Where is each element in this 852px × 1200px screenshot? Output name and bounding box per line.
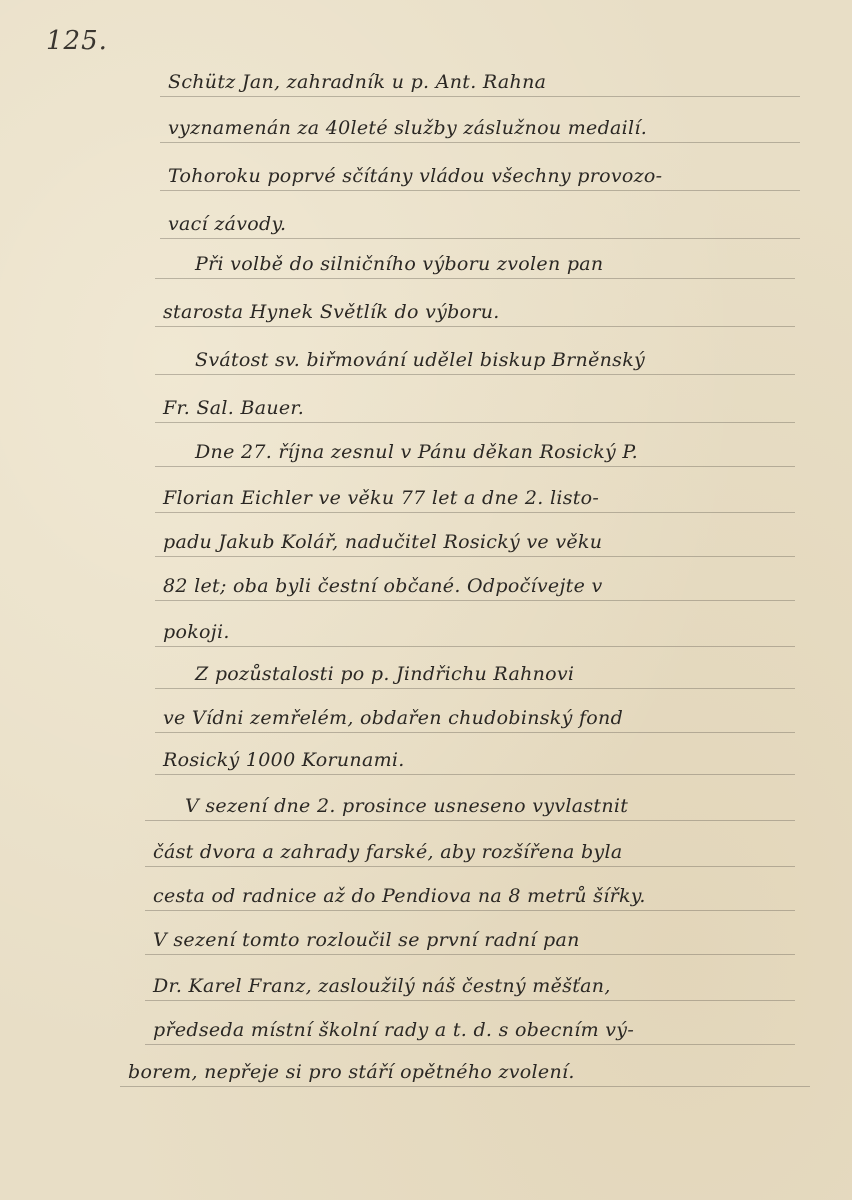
text-line: Florian Eichler ve věku 77 let a dne 2. … xyxy=(155,478,795,513)
line-text: vyznamenán za 40leté služby záslužnou me… xyxy=(168,117,647,139)
text-line: Z pozůstalosti po p. Jindřichu Rahnovi xyxy=(155,654,795,689)
text-line: Dr. Karel Franz, zasloužilý náš čestný m… xyxy=(145,966,795,1001)
line-text: Fr. Sal. Bauer. xyxy=(163,397,304,419)
text-line: Dne 27. října zesnul v Pánu děkan Rosick… xyxy=(155,432,795,467)
line-text: Svátost sv. biřmování udělel biskup Brně… xyxy=(195,349,645,371)
line-text: Schütz Jan, zahradník u p. Ant. Rahna xyxy=(168,71,546,93)
line-text: borem, nepřeje si pro stáří opětného zvo… xyxy=(128,1061,575,1083)
line-text: Tohoroku poprvé sčítány vládou všechny p… xyxy=(168,165,662,187)
line-text: padu Jakub Kolář, nadučitel Rosický ve v… xyxy=(163,531,602,553)
line-text: starosta Hynek Světlík do výboru. xyxy=(163,301,500,323)
text-line: V sezení tomto rozloučil se první radní … xyxy=(145,920,795,955)
line-text: V sezení dne 2. prosince usneseno vyvlas… xyxy=(185,795,628,817)
text-line: V sezení dne 2. prosince usneseno vyvlas… xyxy=(145,786,795,821)
line-text: cesta od radnice až do Pendiova na 8 met… xyxy=(153,885,646,907)
text-line: Rosický 1000 Korunami. xyxy=(155,740,795,775)
line-text: ve Vídni zemřelém, obdařen chudobinský f… xyxy=(163,707,623,729)
text-line: starosta Hynek Světlík do výboru. xyxy=(155,292,795,327)
line-text: 82 let; oba byli čestní občané. Odpočíve… xyxy=(163,575,603,597)
text-line: pokoji. xyxy=(155,612,795,647)
text-line: vací závody. xyxy=(160,204,800,239)
text-line: předseda místní školní rady a t. d. s ob… xyxy=(145,1010,795,1045)
line-text: V sezení tomto rozloučil se první radní … xyxy=(153,929,580,951)
text-line: Fr. Sal. Bauer. xyxy=(155,388,795,423)
line-text: Z pozůstalosti po p. Jindřichu Rahnovi xyxy=(195,663,574,685)
text-line: vyznamenán za 40leté služby záslužnou me… xyxy=(160,108,800,143)
line-text: předseda místní školní rady a t. d. s ob… xyxy=(153,1019,634,1041)
text-line: Schütz Jan, zahradník u p. Ant. Rahna xyxy=(160,62,800,97)
text-line: borem, nepřeje si pro stáří opětného zvo… xyxy=(120,1052,810,1087)
text-line: Při volbě do silničního výboru zvolen pa… xyxy=(155,244,795,279)
line-text: Florian Eichler ve věku 77 let a dne 2. … xyxy=(163,487,599,509)
text-line: padu Jakub Kolář, nadučitel Rosický ve v… xyxy=(155,522,795,557)
page-number: 125. xyxy=(46,26,108,56)
text-line: část dvora a zahrady farské, aby rozšíře… xyxy=(145,832,795,867)
manuscript-page: 125. Schütz Jan, zahradník u p. Ant. Rah… xyxy=(0,0,852,1200)
text-line: 82 let; oba byli čestní občané. Odpočíve… xyxy=(155,566,795,601)
line-text: Dne 27. října zesnul v Pánu děkan Rosick… xyxy=(195,441,638,463)
text-line: Tohoroku poprvé sčítány vládou všechny p… xyxy=(160,156,800,191)
line-text: pokoji. xyxy=(163,621,230,643)
line-text: Při volbě do silničního výboru zvolen pa… xyxy=(195,253,603,275)
text-line: cesta od radnice až do Pendiova na 8 met… xyxy=(145,876,795,911)
text-line: ve Vídni zemřelém, obdařen chudobinský f… xyxy=(155,698,795,733)
line-text: část dvora a zahrady farské, aby rozšíře… xyxy=(153,841,622,863)
line-text: Dr. Karel Franz, zasloužilý náš čestný m… xyxy=(153,975,611,997)
text-line: Svátost sv. biřmování udělel biskup Brně… xyxy=(155,340,795,375)
line-text: Rosický 1000 Korunami. xyxy=(163,749,405,771)
line-text: vací závody. xyxy=(168,213,286,235)
